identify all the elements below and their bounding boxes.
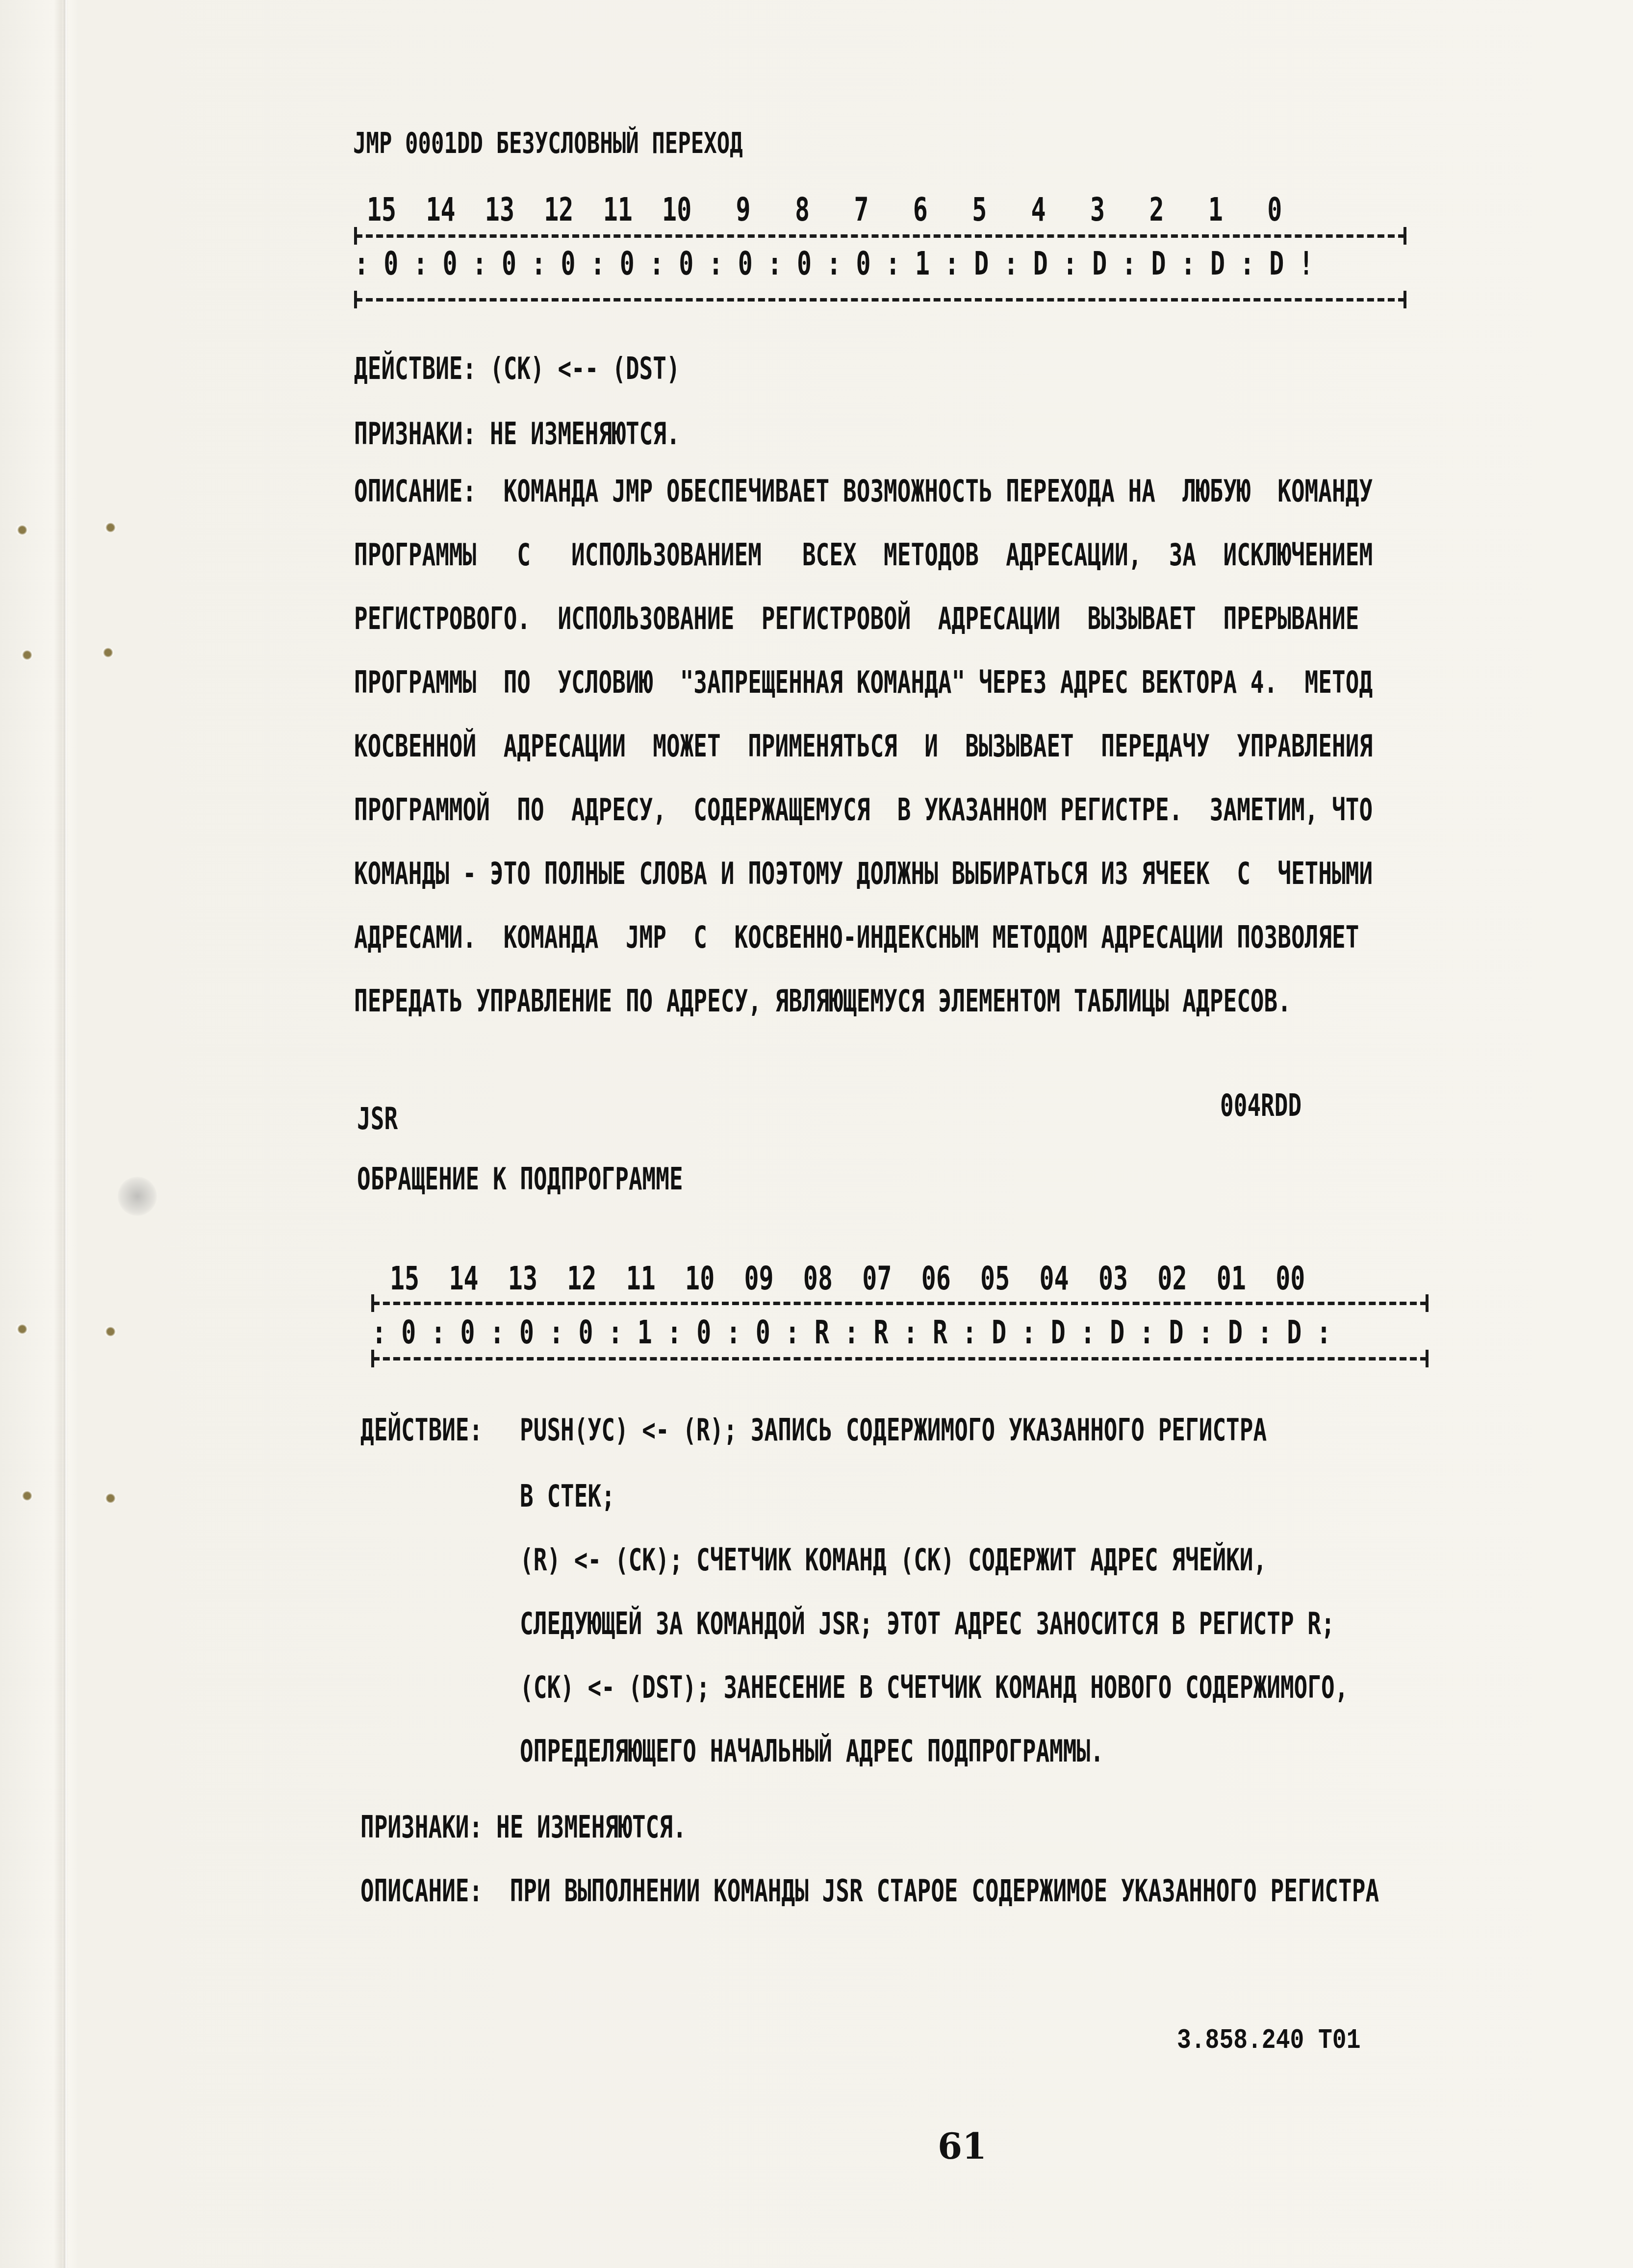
- jsr-bit-numbers: 15 14 13 12 11 10 09 08 07 06 05 04 03 0…: [390, 1260, 1305, 1297]
- jmp-description-line: ПРОГРАММОЙ ПО АДРЕСУ, СОДЕРЖАЩЕМУСЯ В УК…: [354, 792, 1373, 828]
- jmp-description-line: ОПИСАНИЕ: КОМАНДА JMP ОБЕСПЕЧИВАЕТ ВОЗМО…: [354, 473, 1373, 509]
- binding-fold: [64, 0, 67, 2268]
- jmp-description-line: РЕГИСТРОВОГО. ИСПОЛЬЗОВАНИЕ РЕГИСТРОВОЙ …: [354, 601, 1359, 636]
- jmp-bit-numbers: 15 14 13 12 11 10 9 8 7 6 5 4 3 2 1 0: [367, 191, 1282, 228]
- jsr-flags: ПРИЗНАКИ: НЕ ИЗМЕНЯЮТСЯ.: [360, 1809, 687, 1845]
- document-code: 3.858.240 Т01: [1177, 2025, 1360, 2057]
- binding-hole: [20, 650, 33, 660]
- jsr-mnemonic: JSR: [357, 1101, 398, 1136]
- jsr-bit-rule-bottom: [373, 1357, 1427, 1361]
- jsr-action-line: (R) <- (СК); СЧЕТЧИК КОМАНД (СК) СОДЕРЖИ…: [520, 1542, 1267, 1578]
- jsr-bit-rule-top: [373, 1302, 1427, 1305]
- jmp-bit-values: : 0 : 0 : 0 : 0 : 0 : 0 : 0 : 0 : 0 : 1 …: [354, 245, 1314, 282]
- jsr-action-line: PUSH(УС) <- (R); ЗАПИСЬ СОДЕРЖИМОГО УКАЗ…: [520, 1412, 1267, 1448]
- jmp-bit-rule-bottom: [356, 298, 1405, 302]
- binding-hole: [103, 1493, 117, 1504]
- jsr-description: ОПИСАНИЕ: ПРИ ВЫПОЛНЕНИИ КОМАНДЫ JSR СТА…: [360, 1873, 1379, 1909]
- jsr-action-line: СЛЕДУЮЩЕЙ ЗА КОМАНДОЙ JSR; ЭТОТ АДРЕС ЗА…: [520, 1606, 1335, 1641]
- paper-stain: [118, 1177, 157, 1216]
- binding-hole: [15, 1324, 28, 1335]
- jmp-description-line: КОМАНДЫ - ЭТО ПОЛНЫЕ СЛОВА И ПОЭТОМУ ДОЛ…: [354, 856, 1373, 891]
- jmp-description-line: АДРЕСАМИ. КОМАНДА JMP С КОСВЕННО-ИНДЕКСН…: [354, 919, 1359, 955]
- jsr-action-line: (СК) <- (DST); ЗАНЕСЕНИЕ В СЧЕТЧИК КОМАН…: [520, 1669, 1348, 1705]
- jsr-action-label: ДЕЙСТВИЕ:: [360, 1412, 483, 1448]
- binding-hole: [103, 1326, 117, 1337]
- jmp-description-line: ПЕРЕДАТЬ УПРАВЛЕНИЕ ПО АДРЕСУ, ЯВЛЯЮЩЕМУ…: [354, 983, 1291, 1019]
- jmp-flags: ПРИЗНАКИ: НЕ ИЗМЕНЯЮТСЯ.: [354, 416, 680, 452]
- jmp-description-line: ПРОГРАММЫ ПО УСЛОВИЮ "ЗАПРЕЩЕННАЯ КОМАНД…: [354, 664, 1373, 700]
- jsr-action-line: В СТЕК;: [520, 1478, 615, 1514]
- paper-background: [0, 0, 1633, 2268]
- jmp-description-line: ПРОГРАММЫ С ИСПОЛЬЗОВАНИЕМ ВСЕХ МЕТОДОВ …: [354, 537, 1373, 573]
- jmp-action: ДЕЙСТВИЕ: (СК) <-- (DST): [354, 351, 680, 386]
- jsr-action-line: ОПРЕДЕЛЯЮЩЕГО НАЧАЛЬНЫЙ АДРЕС ПОДПРОГРАМ…: [520, 1733, 1104, 1769]
- jmp-bit-rule-top: [356, 234, 1405, 238]
- jsr-opcode: 004RDD: [1220, 1087, 1301, 1123]
- binding-hole: [103, 522, 117, 533]
- binding-hole: [101, 647, 114, 658]
- jmp-description-line: КОСВЕННОЙ АДРЕСАЦИИ МОЖЕТ ПРИМЕНЯТЬСЯ И …: [354, 728, 1373, 764]
- binding-hole: [15, 525, 28, 535]
- binding-hole: [20, 1490, 33, 1501]
- jsr-bit-values: : 0 : 0 : 0 : 0 : 1 : 0 : 0 : R : R : R …: [372, 1314, 1331, 1351]
- jsr-title: ОБРАЩЕНИЕ К ПОДПРОГРАММЕ: [357, 1161, 683, 1197]
- jmp-title: JMP 0001DD БЕЗУСЛОВНЫЙ ПЕРЕХОД: [353, 126, 743, 160]
- page-number: 61: [938, 2125, 987, 2167]
